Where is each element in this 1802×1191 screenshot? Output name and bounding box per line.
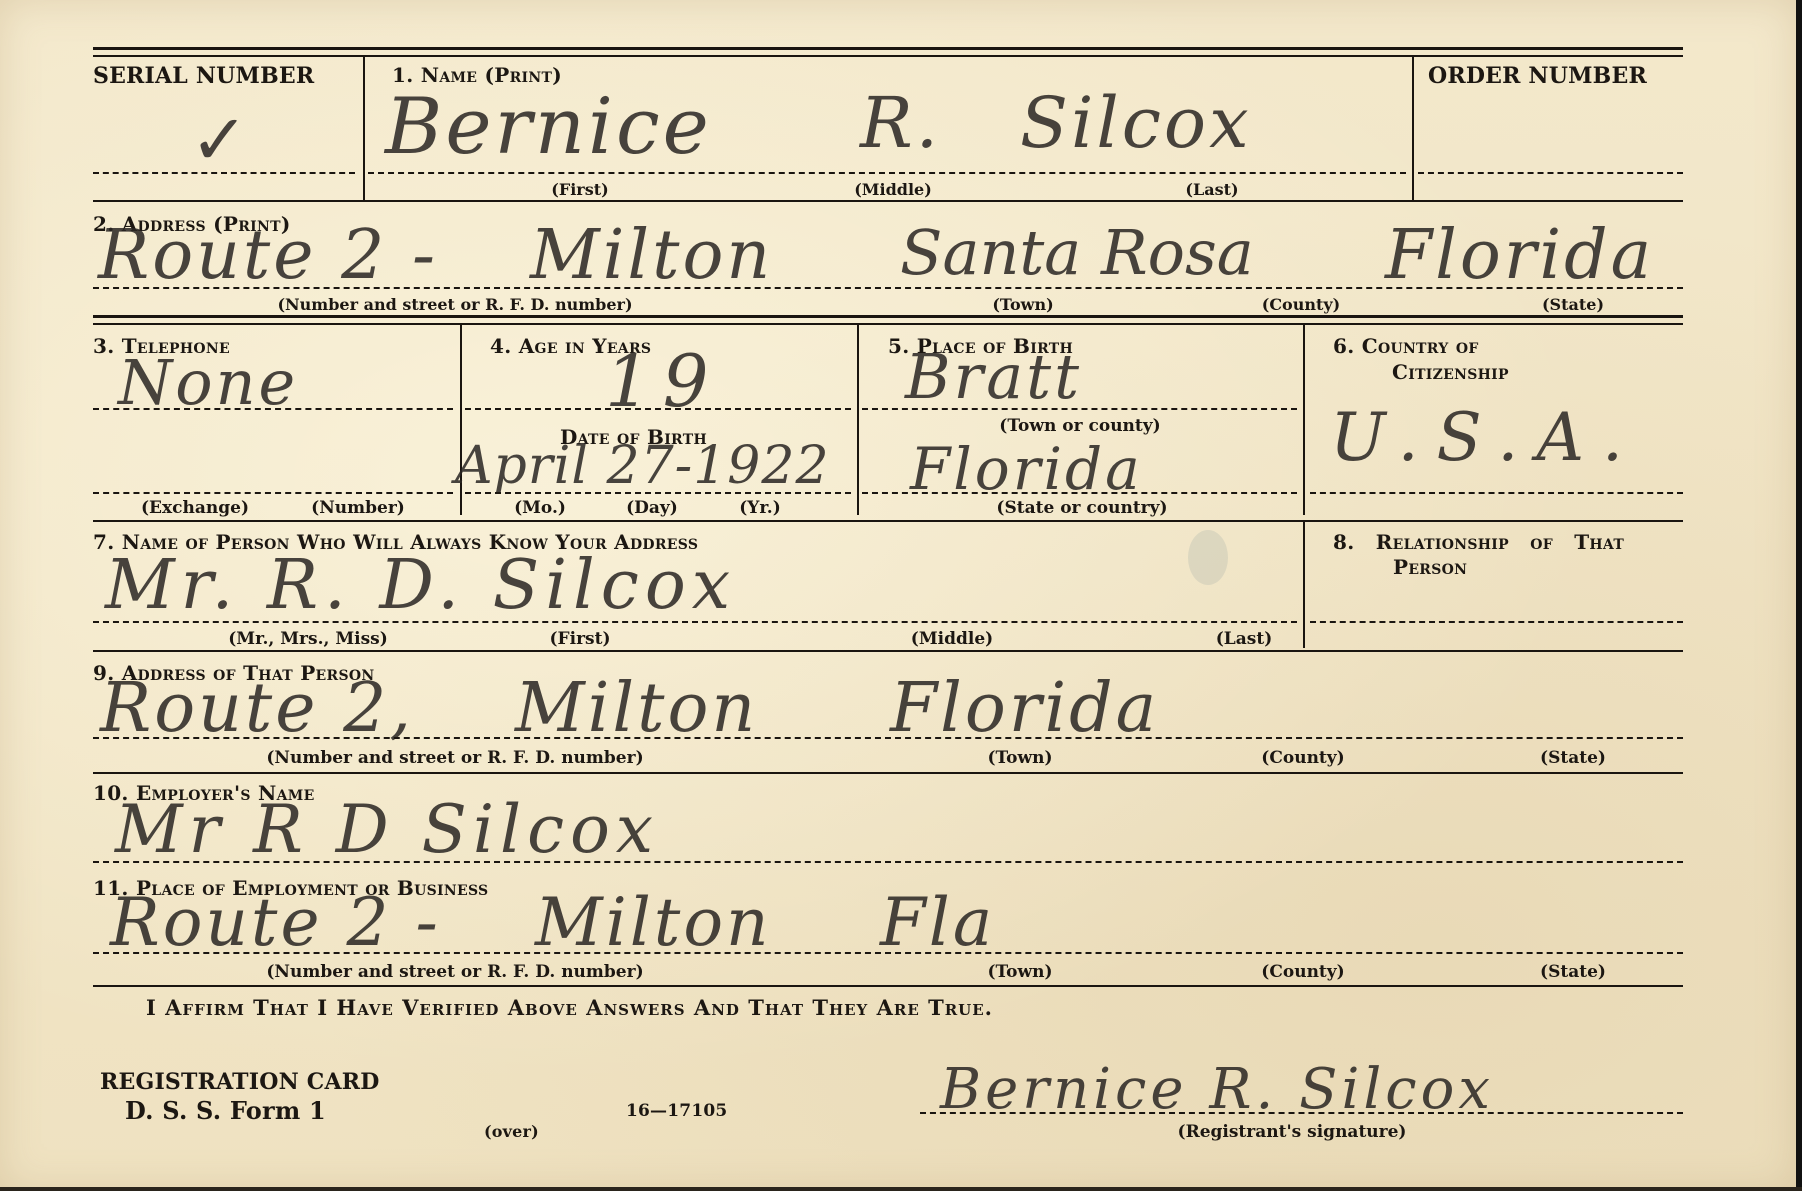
paper-stain [1188,530,1228,585]
registration-card: SERIAL NUMBER ✓ 1. Name (Print) Bernice … [0,0,1796,1191]
dob-mo-sublabel: (Mo.) [514,500,566,517]
birthplace-town-sublabel: (Town or county) [999,418,1160,435]
divider-age-birth [857,323,859,515]
telephone-number-sublabel: (Number) [311,500,405,517]
telephone-exchange-sublabel: (Exchange) [141,500,249,517]
employment-place-town-value[interactable]: Milton [535,890,772,956]
name-first-sublabel: (First) [551,182,608,198]
dob-value[interactable]: April 27-1922 [455,440,830,492]
serial-number-line [93,172,355,174]
address-county-sublabel: (County) [1262,297,1341,313]
contact-name-value[interactable]: Mr. R. D. Silcox [105,552,736,620]
employment-street-sublabel: (Number and street or R. F. D. number) [266,964,643,981]
registration-card-title: REGISTRATION CARD [100,1071,379,1093]
contact-address-town-sublabel: (Town) [987,750,1052,767]
signature-sublabel: (Registrant's signature) [1178,1124,1407,1141]
order-number-line [1418,172,1683,174]
form-id: D. S. S. Form 1 [125,1099,326,1123]
name-first-value[interactable]: Bernice [385,88,712,166]
serial-number-label: SERIAL NUMBER [93,65,314,87]
contact-name-line [93,621,1297,623]
card-right-edge [1796,0,1802,1191]
contact-address-street-value[interactable]: Route 2, [100,675,414,743]
over-note: (over) [484,1124,539,1140]
row7-bottom-rule [93,985,1683,987]
row1-bottom-rule [93,200,1683,202]
birthplace-state-sublabel: (State or country) [996,500,1167,517]
dob-line [465,492,851,494]
contact-title-sublabel: (Mr., Mrs., Miss) [228,631,388,648]
print-code: 16—17105 [626,1103,727,1120]
birthplace-town-line [862,408,1297,410]
row2-bottom-rule [93,315,1683,318]
contact-address-state-value[interactable]: Florida [890,675,1159,743]
top-rule [93,47,1683,50]
row4-bottom-rule [93,650,1683,652]
affirmation-text: I Affirm That I Have Verified Above Answ… [146,997,993,1018]
relationship-label-1: 8. Relationship of That [1333,532,1624,552]
dob-yr-sublabel: (Yr.) [739,500,781,517]
signature-value[interactable]: Bernice R. Silcox [940,1062,1494,1118]
address-county-value[interactable]: Santa Rosa [900,222,1254,284]
telephone-value[interactable]: None [118,352,298,414]
citizenship-value[interactable]: U.S.A. [1330,405,1641,471]
age-line [465,408,851,410]
address-street-sublabel: (Number and street or R. F. D. number) [277,297,632,313]
top-rule-inner [93,55,1683,57]
serial-number-value[interactable]: ✓ [190,105,252,175]
divider-birth-citizen [1303,323,1305,515]
contact-address-line [93,737,1683,739]
employment-county-sublabel: (County) [1261,964,1344,981]
birthplace-state-value[interactable]: Florida [910,440,1143,498]
employment-state-sublabel: (State) [1540,964,1606,981]
relationship-line [1310,621,1683,623]
contact-last-sublabel: (Last) [1216,631,1272,648]
name-last-value[interactable]: Silcox [1020,88,1252,158]
name-middle-sublabel: (Middle) [854,182,932,198]
employment-place-state-value[interactable]: Fla [880,890,995,956]
relationship-label-2: Person [1393,557,1467,577]
contact-address-county-sublabel: (County) [1261,750,1344,767]
citizenship-line [1310,492,1683,494]
birthplace-state-line [862,492,1297,494]
employer-line [93,861,1683,863]
name-line [368,172,1406,174]
name-last-sublabel: (Last) [1185,182,1238,198]
row3-bottom-rule [93,520,1683,522]
address-street-value[interactable]: Route 2 - [98,222,438,290]
employer-value[interactable]: Mr R D Silcox [115,797,659,863]
divider-contact-relationship [1303,520,1305,648]
row2-bottom-rule-inner [93,323,1683,325]
signature-line [920,1112,1683,1114]
contact-address-street-sublabel: (Number and street or R. F. D. number) [266,750,643,767]
divider-serial-name [363,55,365,202]
age-value[interactable]: 19 [605,345,721,417]
address-state-value[interactable]: Florida [1385,222,1654,290]
contact-first-sublabel: (First) [550,631,611,648]
citizenship-label-1: 6. Country of [1333,336,1479,356]
name-middle-value[interactable]: R. [860,88,941,158]
telephone-line-2 [93,492,453,494]
address-state-sublabel: (State) [1542,297,1604,313]
dob-day-sublabel: (Day) [626,500,678,517]
address-town-sublabel: (Town) [992,297,1053,313]
divider-name-order [1412,55,1414,202]
birthplace-town-value[interactable]: Bratt [905,346,1082,408]
address-town-value[interactable]: Milton [530,222,773,290]
employment-town-sublabel: (Town) [987,964,1052,981]
telephone-line-1 [93,408,453,410]
employment-place-line [93,952,1683,954]
row5-bottom-rule [93,772,1683,774]
employment-place-street-value[interactable]: Route 2 - [110,890,441,956]
contact-address-state-sublabel: (State) [1540,750,1606,767]
contact-middle-sublabel: (Middle) [911,631,993,648]
address-line [93,287,1683,289]
card-bottom-edge [0,1187,1802,1191]
citizenship-label-2: Citizenship [1392,362,1509,382]
contact-address-town-value[interactable]: Milton [515,675,758,743]
order-number-label: ORDER NUMBER [1428,65,1647,87]
